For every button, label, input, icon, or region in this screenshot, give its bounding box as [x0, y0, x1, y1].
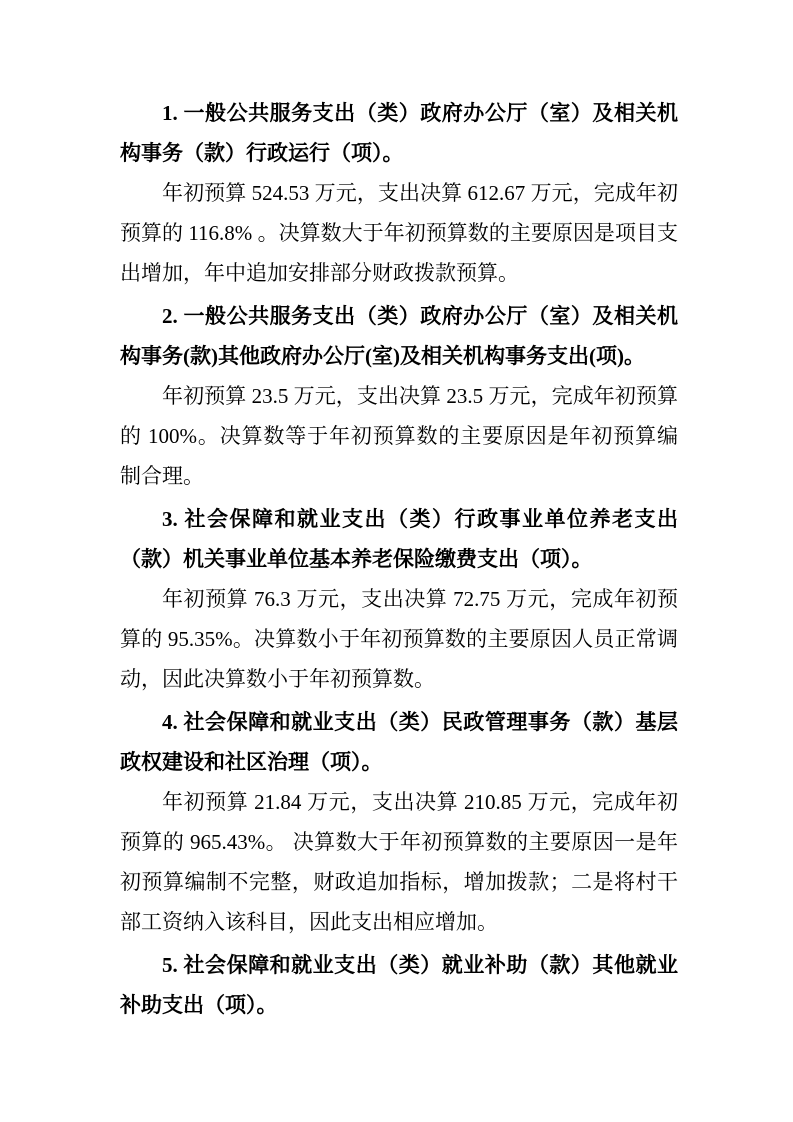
budget-item-1: 1. 一般公共服务支出（类）政府办公厅（室）及相关机构事务（款）行政运行（项）。… — [120, 93, 678, 293]
budget-item-1-heading: 1. 一般公共服务支出（类）政府办公厅（室）及相关机构事务（款）行政运行（项）。 — [120, 93, 678, 173]
document-content: 1. 一般公共服务支出（类）政府办公厅（室）及相关机构事务（款）行政运行（项）。… — [120, 93, 678, 1025]
budget-item-4-body: 年初预算 21.84 万元，支出决算 210.85 万元，完成年初预算的 965… — [120, 782, 678, 942]
budget-item-2-heading: 2. 一般公共服务支出（类）政府办公厅（室）及相关机构事务(款)其他政府办公厅(… — [120, 296, 678, 376]
budget-item-2: 2. 一般公共服务支出（类）政府办公厅（室）及相关机构事务(款)其他政府办公厅(… — [120, 296, 678, 496]
budget-item-5: 5. 社会保障和就业支出（类）就业补助（款）其他就业补助支出（项）。 — [120, 945, 678, 1025]
budget-item-3: 3. 社会保障和就业支出（类）行政事业单位养老支出（款）机关事业单位基本养老保险… — [120, 499, 678, 699]
budget-item-2-body: 年初预算 23.5 万元，支出决算 23.5 万元，完成年初预算的 100%。决… — [120, 376, 678, 496]
document-page: 1. 一般公共服务支出（类）政府办公厅（室）及相关机构事务（款）行政运行（项）。… — [0, 0, 793, 1122]
budget-item-1-body: 年初预算 524.53 万元，支出决算 612.67 万元，完成年初预算的 11… — [120, 173, 678, 293]
budget-item-5-heading: 5. 社会保障和就业支出（类）就业补助（款）其他就业补助支出（项）。 — [120, 945, 678, 1025]
budget-item-4-heading: 4. 社会保障和就业支出（类）民政管理事务（款）基层政权建设和社区治理（项）。 — [120, 702, 678, 782]
budget-item-4: 4. 社会保障和就业支出（类）民政管理事务（款）基层政权建设和社区治理（项）。 … — [120, 702, 678, 942]
budget-item-3-body: 年初预算 76.3 万元，支出决算 72.75 万元，完成年初预算的 95.35… — [120, 579, 678, 699]
budget-item-3-heading: 3. 社会保障和就业支出（类）行政事业单位养老支出（款）机关事业单位基本养老保险… — [120, 499, 678, 579]
